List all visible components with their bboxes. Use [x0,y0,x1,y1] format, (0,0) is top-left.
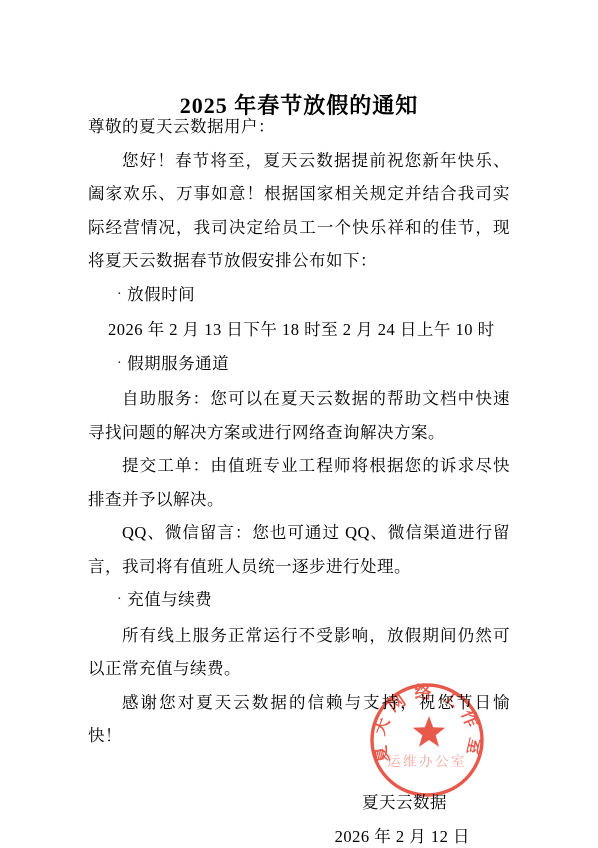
holiday-schedule-line: 2026 年 2 月 13 日下午 18 时至 2 月 24 日上午 10 时 [88,313,510,347]
signature-company-name: 夏天云数据 [88,786,510,820]
bullet-holiday-time-label: 放假时间 [127,285,195,304]
qq-wechat-paragraph: QQ、微信留言：您也可通过 QQ、微信渠道进行留言，我司将有值班人员统一逐步进行… [88,516,510,583]
ticket-paragraph: 提交工单：由值班专业工程师将根据您的诉求尽快排查并予以解决。 [88,449,510,516]
bullet-service-channel: ·假期服务通道 [88,347,510,383]
notice-body: 尊敬的夏天云数据用户： 您好！春节将至，夏天云数据提前祝您新年快乐、阖家欢乐、万… [88,110,510,848]
signature-date: 2026 年 2 月 12 日 [88,820,510,848]
bullet-dot-icon: · [117,278,122,312]
intro-paragraph: 您好！春节将至，夏天云数据提前祝您新年快乐、阖家欢乐、万事如意！根据国家相关规定… [88,144,510,278]
thanks-paragraph: 感谢您对夏天云数据的信赖与支持，祝您节日愉快！ [88,686,510,753]
bullet-holiday-time: ·放假时间 [88,278,510,314]
bullet-recharge-label: 充值与续费 [127,590,212,609]
bullet-recharge: ·充值与续费 [88,583,510,619]
bullet-service-channel-label: 假期服务通道 [127,354,229,373]
bullet-dot-icon: · [117,583,122,617]
online-service-paragraph: 所有线上服务正常运行不受影响，放假期间仍然可以正常充值与续费。 [88,619,510,686]
blank-line [88,753,510,787]
self-service-paragraph: 自助服务：您可以在夏天云数据的帮助文档中快速寻找问题的解决方案或进行网络查询解决… [88,382,510,449]
greeting-line: 尊敬的夏天云数据用户： [88,110,510,144]
notice-document-page: 2025 年春节放假的通知 尊敬的夏天云数据用户： 您好！春节将至，夏天云数据提… [0,0,598,848]
bullet-dot-icon: · [117,347,122,381]
